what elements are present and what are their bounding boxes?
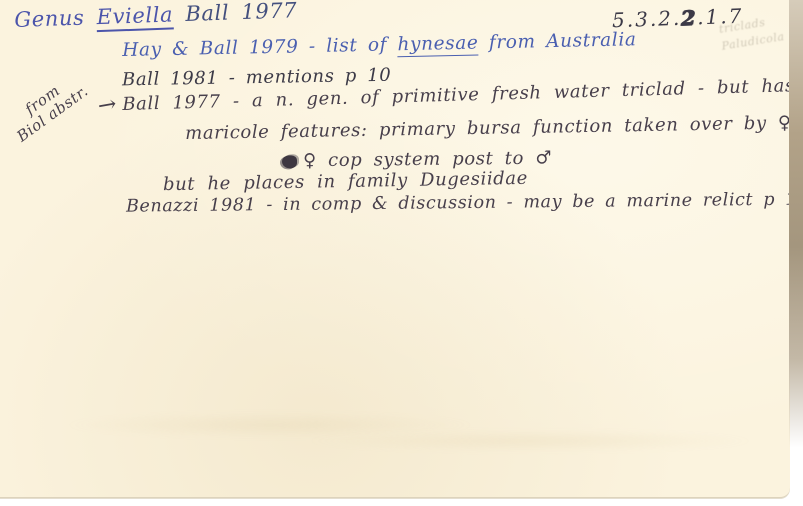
hay-ball-1979-line: Hay & Ball 1979 - list of hynesae from A… (122, 29, 637, 61)
adjacent-card-edge (789, 0, 803, 448)
margin-source-note: from Biol abstr. (4, 69, 92, 146)
species-name: hynesae (397, 33, 478, 58)
ghost-impression (300, 430, 760, 452)
scribbled-out-mark (282, 155, 297, 168)
catalog-overwritten-digit: 2 (681, 5, 698, 30)
ball-1981-line: Ball 1981 - mentions p 10 (122, 65, 392, 91)
male-symbol: ♂ (535, 148, 552, 169)
genus-authority: Ball 1977 (185, 0, 298, 26)
scanned-index-card-page: Genus Eviella Ball 1977 5.3.2.2.1.7 tric… (0, 0, 803, 506)
ball-1977-note-line2: maricole features: primary bursa functio… (185, 111, 803, 144)
female-symbol: ♀ (303, 150, 317, 171)
arrow-icon: → (96, 92, 119, 120)
hay-ball-pre: Hay & Ball 1979 - list of (122, 34, 398, 61)
genus-name: Eviella (96, 2, 173, 32)
hay-ball-post: from Australia (478, 29, 636, 53)
note-line2-text: maricole features: primary bursa functio… (185, 113, 778, 144)
genus-label: Genus (14, 6, 85, 32)
catalog-number-pre: 5.3.2. (612, 6, 682, 32)
index-card: Genus Eviella Ball 1977 5.3.2.2.1.7 tric… (0, 0, 790, 498)
ball-1977-note-line4: but he places in family Dugesiidae (163, 168, 528, 195)
card-heading: Genus Eviella Ball 1977 (14, 0, 298, 32)
